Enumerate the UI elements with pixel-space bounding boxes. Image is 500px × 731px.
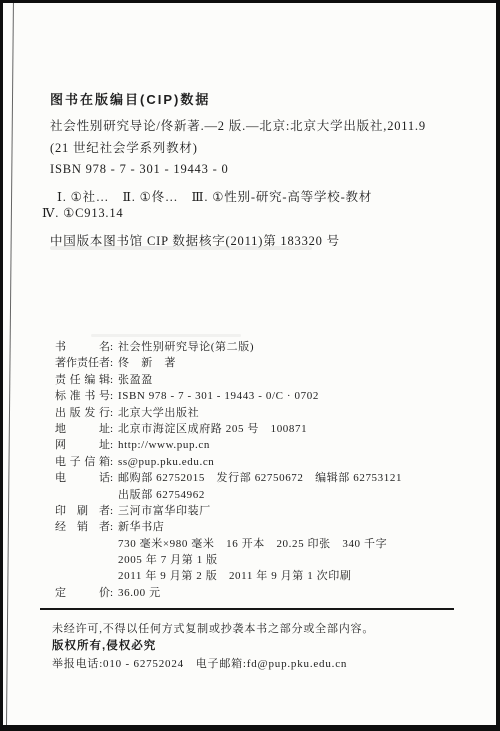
colophon-row-editor: 责任编辑:张盈盈 <box>55 372 402 388</box>
cip-classification-line1: Ⅰ. ①社… Ⅱ. ①佟… Ⅲ. ①性别-研究-高等学校-教材 <box>57 187 372 205</box>
row-value: 北京大学出版社 <box>118 407 199 419</box>
row-value: 2011 年 9 月第 2 版 2011 年 9 月第 1 次印刷 <box>118 570 351 582</box>
row-value: 730 毫米×980 毫米 16 开本 20.25 印张 340 千字 <box>118 538 387 550</box>
bleed-through-artifact <box>91 334 241 337</box>
cip-classification-line2: Ⅳ. ①C913.14 <box>42 205 123 221</box>
row-value: 社会性别研究导论(第二版) <box>118 341 254 353</box>
colophon-row-first-edition: 2005 年 7 月第 1 版 <box>55 552 402 568</box>
row-separator: : <box>110 372 118 388</box>
cip-series: (21 世纪社会学系列教材) <box>50 138 426 160</box>
colophon-row-printer: 印刷者:三河市富华印装厂 <box>55 503 402 519</box>
colophon-row-phone-cont: 出版部 62754962 <box>55 487 402 503</box>
row-label: 印刷者 <box>55 503 110 519</box>
divider-rule <box>40 608 454 610</box>
notice-rights-reserved: 版权所有,侵权必究 <box>52 638 374 655</box>
row-value: 邮购部 62752015 发行部 62750672 编辑部 62753121 <box>118 472 402 484</box>
row-separator: : <box>110 503 118 519</box>
row-separator: : <box>110 519 118 535</box>
copyright-page: 图书在版编目(CIP)数据 社会性别研究导论/佟新著.—2 版.—北京:北京大学… <box>3 3 496 725</box>
row-value: ISBN 978 - 7 - 301 - 19443 - 0/C · 0702 <box>118 390 319 402</box>
row-separator: : <box>110 421 118 437</box>
colophon-table: 书名:社会性别研究导论(第二版) 著作责任者:佟 新 著 责任编辑:张盈盈 标准… <box>55 339 402 601</box>
colophon-row-price: 定价:36.00 元 <box>55 585 402 601</box>
row-label: 地址 <box>55 421 110 437</box>
colophon-row-author: 著作责任者:佟 新 著 <box>55 355 402 371</box>
row-value: ss@pup.pku.edu.cn <box>118 456 214 468</box>
row-separator: : <box>110 355 118 371</box>
notice-permission-line: 未经许可,不得以任何方式复制或抄袭本书之部分或全部内容。 <box>52 621 374 638</box>
row-label: 电话 <box>55 470 110 486</box>
row-separator: : <box>110 339 118 355</box>
cip-body: 社会性别研究导论/佟新著.—2 版.—北京:北京大学出版社,2011.9 (21… <box>50 116 426 181</box>
page-edge-shadow <box>6 3 14 725</box>
row-value: 出版部 62754962 <box>118 489 205 501</box>
row-value: 新华书店 <box>118 521 164 533</box>
row-label: 定价 <box>55 585 110 601</box>
row-label: 经销者 <box>55 519 110 535</box>
colophon-row-address: 地址:北京市海淀区成府路 205 号 100871 <box>55 421 402 437</box>
row-label: 书名 <box>55 339 110 355</box>
colophon-row-format: 730 毫米×980 毫米 16 开本 20.25 印张 340 千字 <box>55 536 402 552</box>
colophon-row-email: 电子信箱:ss@pup.pku.edu.cn <box>55 454 402 470</box>
row-label: 标准书号 <box>55 388 110 404</box>
colophon-row-isbn: 标准书号:ISBN 978 - 7 - 301 - 19443 - 0/C · … <box>55 388 402 404</box>
row-label: 出版发行 <box>55 405 110 421</box>
row-value: 北京市海淀区成府路 205 号 100871 <box>118 423 307 435</box>
row-label: 电子信箱 <box>55 454 110 470</box>
row-separator: : <box>110 388 118 404</box>
row-value: 三河市富华印装厂 <box>118 505 211 517</box>
colophon-row-title: 书名:社会性别研究导论(第二版) <box>55 339 402 355</box>
colophon-row-distributor: 经销者:新华书店 <box>55 519 402 535</box>
row-value: 佟 新 著 <box>118 357 176 369</box>
row-separator: : <box>110 437 118 453</box>
cip-heading: 图书在版编目(CIP)数据 <box>50 89 210 108</box>
row-value: http://www.pup.cn <box>118 439 210 451</box>
colophon-row-publisher: 出版发行:北京大学出版社 <box>55 405 402 421</box>
cip-description: 社会性别研究导论/佟新著.—2 版.—北京:北京大学出版社,2011.9 <box>50 116 426 138</box>
cip-registry-number: 中国版本图书馆 CIP 数据核字(2011)第 183320 号 <box>50 231 340 249</box>
scanned-page-frame: 图书在版编目(CIP)数据 社会性别研究导论/佟新著.—2 版.—北京:北京大学… <box>0 0 500 731</box>
colophon-row-second-edition: 2011 年 9 月第 2 版 2011 年 9 月第 1 次印刷 <box>55 568 402 584</box>
notice-report-contact: 举报电话:010 - 62752024 电子邮箱:fd@pup.pku.edu.… <box>52 656 374 673</box>
cip-isbn: ISBN 978 - 7 - 301 - 19443 - 0 <box>50 159 426 181</box>
row-value: 张盈盈 <box>118 374 153 386</box>
colophon-row-phone: 电话:邮购部 62752015 发行部 62750672 编辑部 6275312… <box>55 470 402 486</box>
colophon-row-website: 网址:http://www.pup.cn <box>55 437 402 453</box>
row-separator: : <box>110 470 118 486</box>
row-label: 著作责任者 <box>55 355 110 371</box>
row-separator: : <box>110 454 118 470</box>
copyright-notice: 未经许可,不得以任何方式复制或抄袭本书之部分或全部内容。 版权所有,侵权必究 举… <box>52 621 374 673</box>
row-label: 责任编辑 <box>55 372 110 388</box>
row-value: 36.00 元 <box>118 587 161 599</box>
row-separator: : <box>110 405 118 421</box>
row-label: 网址 <box>55 437 110 453</box>
row-separator: : <box>110 585 118 601</box>
row-value: 2005 年 7 月第 1 版 <box>118 554 218 566</box>
